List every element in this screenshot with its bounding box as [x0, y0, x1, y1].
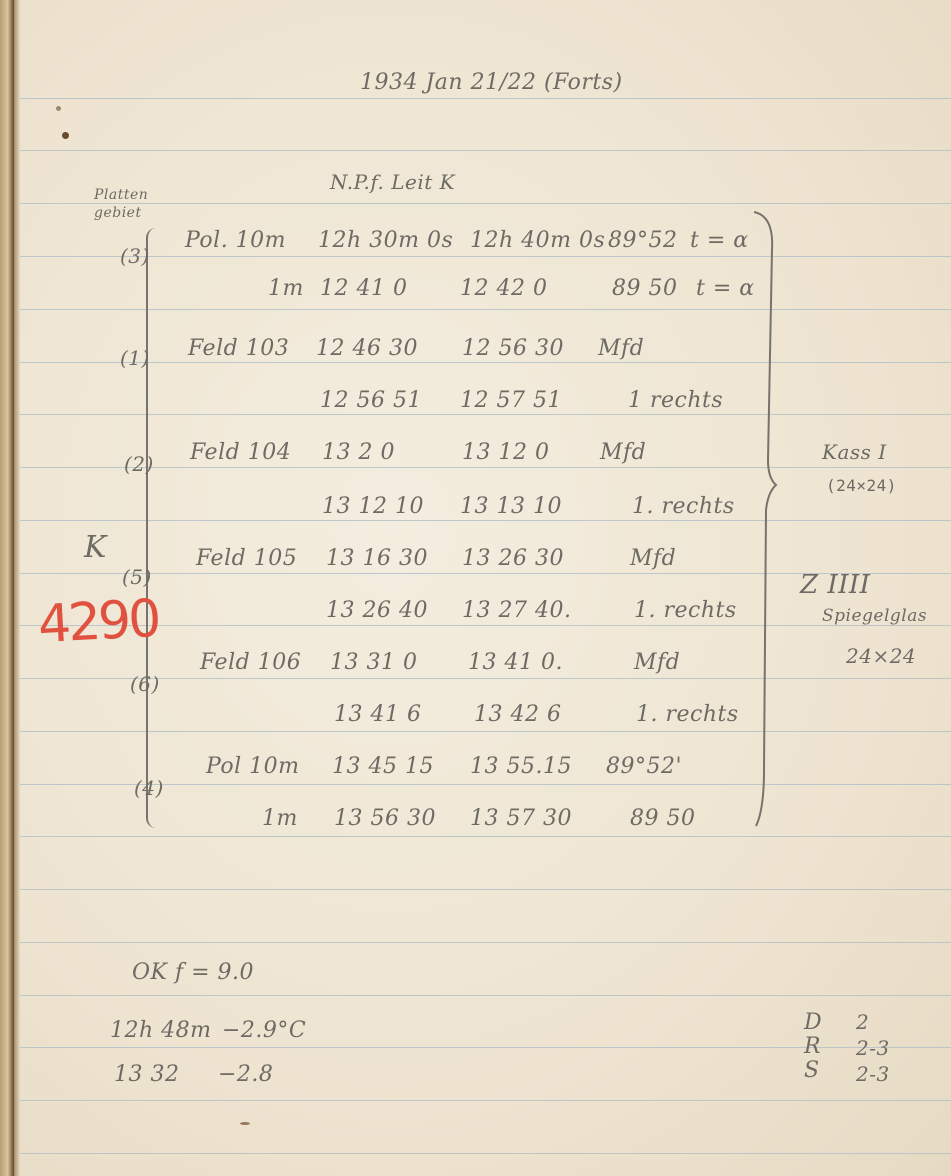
ruled-line — [20, 995, 951, 996]
ok-focus-note: OK f = 9.0 — [132, 960, 254, 985]
ruled-line — [20, 98, 951, 99]
row-note: Mfd — [630, 546, 676, 571]
end-time: 12h 40m 0s — [470, 228, 605, 253]
declination: 89°52' — [606, 754, 682, 779]
object-name: Pol. 10m — [185, 228, 286, 253]
page-title: 1934 Jan 21/22 (Forts) — [360, 70, 623, 95]
start-time: 12h 30m 0s — [318, 228, 453, 253]
ruled-line — [20, 836, 951, 837]
start-time: 13 45 15 — [332, 754, 434, 779]
object-name: 1m — [268, 276, 304, 301]
paper-stain — [62, 132, 69, 139]
paper-stain — [56, 106, 61, 111]
object-name: Feld 105 — [196, 546, 297, 571]
start-time: 13 16 30 — [326, 546, 428, 571]
object-name: Pol 10m — [206, 754, 300, 779]
ruled-line — [20, 150, 951, 151]
declination: 89 50 — [612, 276, 677, 301]
start-time: 13 41 6 — [334, 702, 421, 727]
start-time: 12 41 0 — [320, 276, 407, 301]
k-margin-mark: K — [84, 530, 107, 565]
seeing-symbol: R — [804, 1034, 821, 1059]
row-note: t = α — [696, 276, 755, 301]
seeing-value: 2-3 — [856, 1036, 890, 1060]
guide-star-heading: N.P.f. Leit K — [330, 170, 455, 194]
end-time: 12 57 51 — [460, 388, 562, 413]
temperature-value-2: −2.8 — [218, 1062, 273, 1087]
seeing-symbol: S — [804, 1058, 820, 1083]
plate-column-heading: Platten gebiet — [94, 186, 164, 222]
start-time: 13 12 10 — [322, 494, 424, 519]
right-brace — [752, 210, 778, 830]
start-time: 13 2 0 — [322, 440, 395, 465]
start-time: 12 56 51 — [320, 388, 422, 413]
cassette-size: (24×24) — [826, 476, 897, 495]
ruled-line — [20, 1100, 951, 1101]
paper-stain — [240, 1122, 250, 1125]
plate-number: (6) — [130, 672, 160, 696]
row-note: 1. rechts — [632, 494, 735, 519]
start-time: 13 31 0 — [330, 650, 417, 675]
row-note: t = α — [690, 228, 749, 253]
declination: 89 50 — [630, 806, 695, 831]
end-time: 12 56 30 — [462, 336, 564, 361]
row-note: Mfd — [600, 440, 646, 465]
object-name: Feld 106 — [200, 650, 301, 675]
end-time: 12 42 0 — [460, 276, 547, 301]
notebook-binding — [0, 0, 14, 1176]
plate-number: (2) — [124, 452, 154, 476]
row-note: 1. rechts — [634, 598, 737, 623]
red-plate-number: 4290 — [37, 589, 160, 655]
row-note: Mfd — [598, 336, 644, 361]
start-time: 13 56 30 — [334, 806, 436, 831]
end-time: 13 27 40. — [462, 598, 571, 623]
z-label: Z IIII — [800, 570, 870, 600]
seeing-value: 2 — [856, 1010, 869, 1034]
start-time: 12 46 30 — [316, 336, 418, 361]
row-note: 1 rechts — [628, 388, 723, 413]
plate-number: (1) — [120, 346, 150, 370]
mirror-glass-label: Spiegelglas — [822, 606, 927, 626]
ruled-line — [20, 889, 951, 890]
seeing-symbol: D — [804, 1010, 822, 1035]
plate-number: (5) — [122, 565, 152, 589]
end-time: 13 42 6 — [474, 702, 561, 727]
temperature-time-1: 12h 48m — [110, 1018, 212, 1043]
start-time: 13 26 40 — [326, 598, 428, 623]
ruled-line — [20, 1153, 951, 1154]
end-time: 13 55.15 — [470, 754, 572, 779]
end-time: 13 41 0. — [468, 650, 563, 675]
mirror-glass-size: 24×24 — [846, 644, 916, 668]
seeing-value: 2-3 — [856, 1062, 890, 1086]
temperature-value-1: −2.9°C — [222, 1018, 306, 1043]
plate-number: (4) — [134, 776, 164, 800]
declination: 89°52 — [608, 228, 678, 253]
object-name: Feld 104 — [190, 440, 291, 465]
end-time: 13 13 10 — [460, 494, 562, 519]
row-note: 1. rechts — [636, 702, 739, 727]
end-time: 13 26 30 — [462, 546, 564, 571]
object-name: 1m — [262, 806, 298, 831]
object-name: Feld 103 — [188, 336, 289, 361]
end-time: 13 57 30 — [470, 806, 572, 831]
row-note: Mfd — [634, 650, 680, 675]
temperature-time-2: 13 32 — [114, 1062, 179, 1087]
end-time: 13 12 0 — [462, 440, 549, 465]
left-brace — [146, 228, 168, 828]
ruled-line — [20, 942, 951, 943]
plate-number: (3) — [120, 244, 150, 268]
cassette-label: Kass I — [822, 440, 887, 464]
